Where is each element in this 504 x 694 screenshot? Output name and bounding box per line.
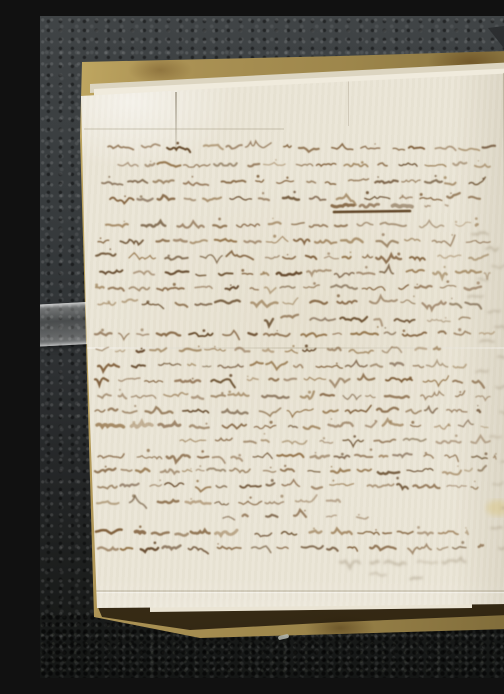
manuscript-photo [40,16,504,678]
horizontal-crease-bottom [96,590,504,592]
manuscript-page [40,16,504,678]
horizontal-crease-top [84,128,284,130]
vertical-crease [175,92,177,150]
horizontal-crease-middle [86,347,504,349]
vertical-crease-faint [348,74,349,126]
